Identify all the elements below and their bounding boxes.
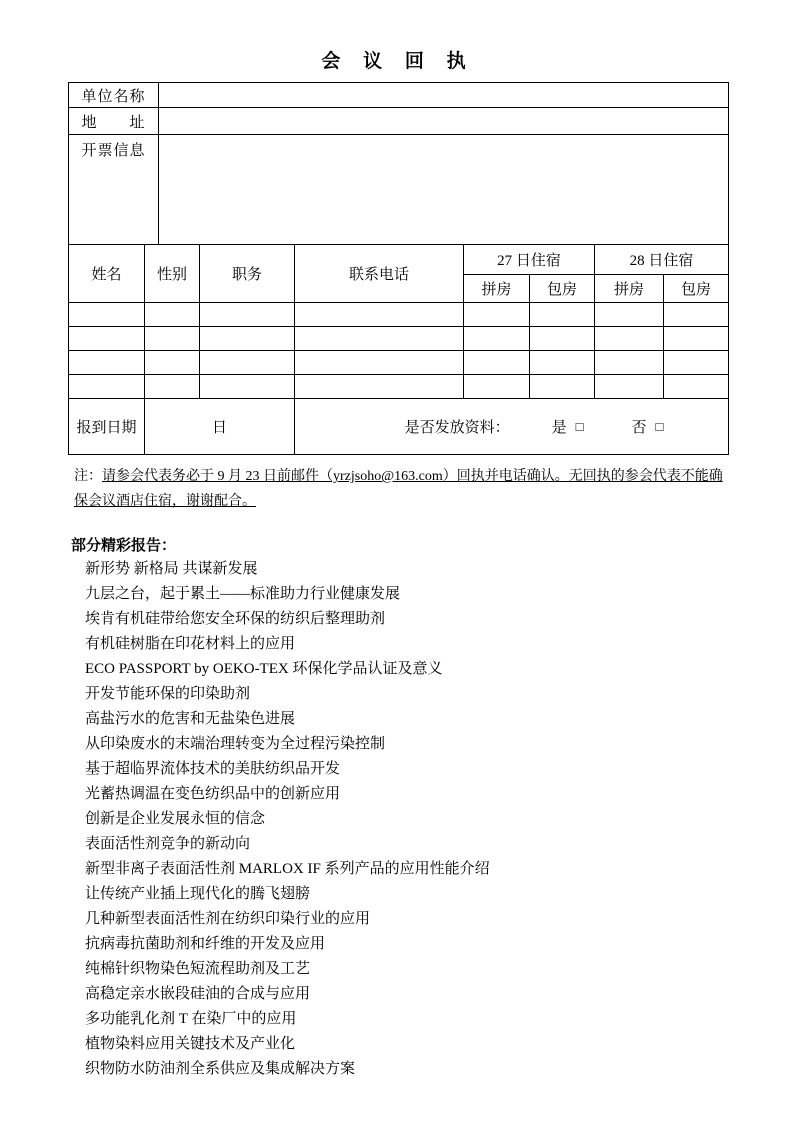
report-item: 高盐污水的危害和无盐染色进展 (85, 707, 728, 732)
header-position: 职务 (200, 245, 295, 303)
name-cell[interactable] (69, 327, 145, 351)
roster-row (69, 303, 729, 327)
report-item: 基于超临界流体技术的美肤纺织品开发 (85, 757, 728, 782)
shared-room-28-cell[interactable] (595, 351, 664, 375)
position-cell[interactable] (200, 351, 295, 375)
report-item: 让传统产业插上现代化的腾飞翅膀 (85, 882, 728, 907)
position-cell[interactable] (200, 303, 295, 327)
position-cell[interactable] (200, 327, 295, 351)
report-item: 高稳定亲水嵌段硅油的合成与应用 (85, 982, 728, 1007)
roster-row (69, 351, 729, 375)
report-item: 创新是企业发展永恒的信念 (85, 807, 728, 832)
roster-footer-row: 报到日期 日 是否发放资料：是□否□ (69, 399, 729, 455)
day-label: 日 (212, 420, 227, 436)
note-line-1: 注：请参会代表务必于 9 月 23 日前邮件（yrzjsoho@163.com）… (74, 464, 728, 489)
private-room-27-cell[interactable] (530, 375, 595, 399)
report-item: 抗病毒抗菌助剂和纤维的开发及应用 (85, 932, 728, 957)
address-label: 地 址 (69, 108, 159, 135)
report-item: 多功能乳化剂 T 在染厂中的应用 (85, 1007, 728, 1032)
invoice-info-field[interactable] (159, 135, 729, 245)
name-cell[interactable] (69, 303, 145, 327)
shared-room-27-cell[interactable] (464, 303, 530, 327)
report-item: 新形势 新格局 共谋新发展 (85, 557, 728, 582)
table-row: 地 址 (69, 108, 729, 135)
roster-header-row: 姓名 性别 职务 联系电话 27 日住宿 28 日住宿 (69, 245, 729, 275)
phone-cell[interactable] (295, 375, 464, 399)
shared-room-27-cell[interactable] (464, 375, 530, 399)
reports-heading: 部分精彩报告： (71, 535, 728, 557)
report-date-label: 报到日期 (69, 399, 145, 455)
unit-name-label: 单位名称 (69, 83, 159, 108)
report-item: 有机硅树脂在印花材料上的应用 (85, 632, 728, 657)
shared-room-28-cell[interactable] (595, 327, 664, 351)
note: 注：请参会代表务必于 9 月 23 日前邮件（yrzjsoho@163.com）… (74, 464, 728, 514)
header-private-room-27: 包房 (530, 275, 595, 303)
header-private-room-28: 包房 (664, 275, 729, 303)
private-room-28-cell[interactable] (664, 375, 729, 399)
header-shared-room-27: 拼房 (464, 275, 530, 303)
report-item: 光蓄热调温在变色纺织品中的创新应用 (85, 782, 728, 807)
private-room-27-cell[interactable] (530, 327, 595, 351)
report-item: 表面活性剂竞争的新动向 (85, 832, 728, 857)
no-checkbox[interactable]: □ (656, 419, 664, 434)
materials-cell: 是否发放资料：是□否□ (295, 399, 729, 455)
gender-cell[interactable] (145, 375, 200, 399)
shared-room-28-cell[interactable] (595, 303, 664, 327)
document-content: 会 议 回 执 单位名称 地 址 开票信息 (68, 50, 728, 1082)
info-table: 单位名称 地 址 开票信息 (68, 82, 729, 245)
phone-cell[interactable] (295, 351, 464, 375)
report-item: 九层之台，起于累土——标准助力行业健康发展 (85, 582, 728, 607)
position-cell[interactable] (200, 375, 295, 399)
materials-label: 是否发放资料： (405, 420, 510, 436)
header-gender: 性别 (145, 245, 200, 303)
report-date-field[interactable]: 日 (145, 399, 295, 455)
note-text-1: 请参会代表务必于 9 月 23 日前邮件（yrzjsoho@163.com）回执… (102, 469, 723, 484)
private-room-27-cell[interactable] (530, 303, 595, 327)
header-name: 姓名 (69, 245, 145, 303)
page-title: 会 议 回 执 (68, 50, 728, 74)
report-item: 从印染废水的末端治理转变为全过程污染控制 (85, 732, 728, 757)
report-item: 织物防水防油剂全系供应及集成解决方案 (85, 1057, 728, 1082)
table-row: 单位名称 (69, 83, 729, 108)
table-row: 开票信息 (69, 135, 729, 245)
gender-cell[interactable] (145, 303, 200, 327)
phone-cell[interactable] (295, 327, 464, 351)
note-line-2: 保会议酒店住宿，谢谢配合。 (74, 489, 728, 514)
header-stay-28: 28 日住宿 (595, 245, 729, 275)
note-text-2: 保会议酒店住宿，谢谢配合。 (74, 494, 256, 509)
roster-table: 姓名 性别 职务 联系电话 27 日住宿 28 日住宿 拼房 包房 拼房 包房 (68, 244, 729, 455)
shared-room-27-cell[interactable] (464, 351, 530, 375)
unit-name-field[interactable] (159, 83, 729, 108)
address-field[interactable] (159, 108, 729, 135)
phone-cell[interactable] (295, 303, 464, 327)
no-label: 否 (632, 420, 647, 436)
private-room-27-cell[interactable] (530, 351, 595, 375)
document-page: 会 议 回 执 单位名称 地 址 开票信息 (0, 0, 793, 1122)
report-item: 新型非离子表面活性剂 MARLOX IF 系列产品的应用性能介绍 (85, 857, 728, 882)
header-stay-27: 27 日住宿 (464, 245, 595, 275)
yes-label: 是 (552, 420, 567, 436)
yes-checkbox[interactable]: □ (576, 419, 584, 434)
shared-room-27-cell[interactable] (464, 327, 530, 351)
invoice-info-label: 开票信息 (69, 135, 159, 245)
shared-room-28-cell[interactable] (595, 375, 664, 399)
report-item: 开发节能环保的印染助剂 (85, 682, 728, 707)
report-item: 植物染料应用关键技术及产业化 (85, 1032, 728, 1057)
report-item: 几种新型表面活性剂在纺织印染行业的应用 (85, 907, 728, 932)
private-room-28-cell[interactable] (664, 303, 729, 327)
note-prefix: 注： (74, 469, 102, 484)
private-room-28-cell[interactable] (664, 327, 729, 351)
header-shared-room-28: 拼房 (595, 275, 664, 303)
private-room-28-cell[interactable] (664, 351, 729, 375)
header-phone: 联系电话 (295, 245, 464, 303)
name-cell[interactable] (69, 375, 145, 399)
roster-row (69, 327, 729, 351)
report-item: 埃肯有机硅带给您安全环保的纺织后整理助剂 (85, 607, 728, 632)
gender-cell[interactable] (145, 327, 200, 351)
roster-row (69, 375, 729, 399)
name-cell[interactable] (69, 351, 145, 375)
report-item: 纯棉针织物染色短流程助剂及工艺 (85, 957, 728, 982)
report-item: ECO PASSPORT by OEKO-TEX 环保化学品认证及意义 (85, 657, 728, 682)
gender-cell[interactable] (145, 351, 200, 375)
